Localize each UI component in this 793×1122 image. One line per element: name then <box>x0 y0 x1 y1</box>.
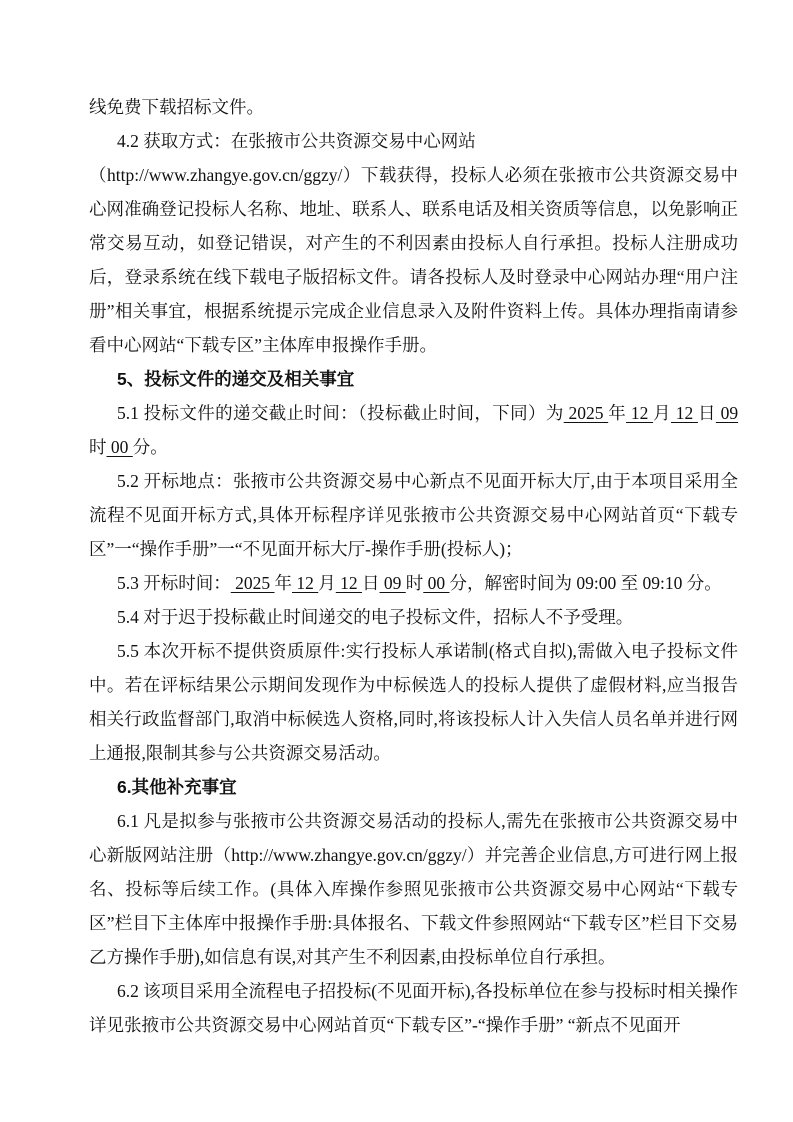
url-text: （http://www.zhangye.gov.cn/ggzy/） <box>89 165 361 185</box>
paragraph: 5.3 开标时间： 2025 年 12 月 12 日 09 时 00 分，解密时… <box>89 566 738 600</box>
text-run: 5.5 本次开标不提供资质原件:实行投标人承诺制(格式自拟),需做入电子投标文件… <box>89 641 738 763</box>
text-run: 5.2 开标地点：张掖市公共资源交易中心新点不见面开标大厅,由于本项目采用全流程… <box>89 471 738 559</box>
text-run: 4.2 获取方式：在张掖市公共资源交易中心网站 <box>117 131 476 151</box>
underlined-value: 00 <box>107 437 133 457</box>
underlined-value: 12 <box>671 403 698 423</box>
paragraph: 6.2 该项目采用全流程电子招投标(不见面开标),各投标单位在参与投标时相关操作… <box>89 974 738 1042</box>
paragraph: 4.2 获取方式：在张掖市公共资源交易中心网站（http://www.zhang… <box>89 124 738 362</box>
document-page: 线免费下载招标文件。4.2 获取方式：在张掖市公共资源交易中心网站（http:/… <box>0 0 793 1122</box>
underlined-value: 12 <box>626 403 653 423</box>
text-run: 5.4 对于迟于投标截止时间递交的电子投标文件，招标人不予受理。 <box>117 607 633 627</box>
text-run: 分。 <box>133 437 168 457</box>
section-heading: 6.其他补充事宜 <box>89 770 738 804</box>
text-run: 下载获得，投标人必须在张掖市公共资源交易中心网准确登记投标人名称、地址、联系人、… <box>89 165 738 355</box>
paragraph: 5.5 本次开标不提供资质原件:实行投标人承诺制(格式自拟),需做入电子投标文件… <box>89 634 738 770</box>
text-run: 时 <box>406 573 424 593</box>
paragraph: 6.1 凡是拟参与张掖市公共资源交易活动的投标人,需先在张掖市公共资源交易中心新… <box>89 804 738 974</box>
section-heading: 5、投标文件的递交及相关事宜 <box>89 362 738 396</box>
text-run: 线免费下载招标文件。 <box>89 97 264 117</box>
underlined-value: 09 <box>716 403 738 423</box>
paragraph: 线免费下载招标文件。 <box>89 90 738 124</box>
text-run: 6.其他补充事宜 <box>117 777 237 797</box>
paragraph: 5.4 对于迟于投标截止时间递交的电子投标文件，招标人不予受理。 <box>89 600 738 634</box>
text-run: 年 <box>608 403 626 423</box>
text-run: 日 <box>362 573 380 593</box>
text-run: 分，解密时间为 09:00 至 09:10 分。 <box>450 573 722 593</box>
text-run: 5.1 投标文件的递交截止时间：（投标截止时间，下同）为 <box>117 403 564 423</box>
paragraph: 5.2 开标地点：张掖市公共资源交易中心新点不见面开标大厅,由于本项目采用全流程… <box>89 464 738 566</box>
underlined-value: 12 <box>292 573 318 593</box>
url-text: （http://www.zhangye.gov.cn/ggzy/） <box>213 845 484 865</box>
text-run: 日 <box>698 403 716 423</box>
text-run: 年 <box>275 573 293 593</box>
text-run: 月 <box>653 403 671 423</box>
document-content: 线免费下载招标文件。4.2 获取方式：在张掖市公共资源交易中心网站（http:/… <box>89 90 738 1042</box>
underlined-value: 09 <box>380 573 406 593</box>
text-run: 时 <box>89 437 107 457</box>
text-run: 6.2 该项目采用全流程电子招投标(不见面开标),各投标单位在参与投标时相关操作… <box>89 981 738 1035</box>
text-run: 5、投标文件的递交及相关事宜 <box>117 369 354 389</box>
paragraph: 5.1 投标文件的递交截止时间：（投标截止时间，下同）为 2025 年 12 月… <box>89 396 738 464</box>
text-run: 5.3 开标时间： <box>117 573 231 593</box>
underlined-value: 00 <box>423 573 449 593</box>
underlined-value: 2025 <box>564 403 609 423</box>
text-run: 月 <box>318 573 336 593</box>
underlined-value: 2025 <box>231 573 275 593</box>
underlined-value: 12 <box>336 573 362 593</box>
